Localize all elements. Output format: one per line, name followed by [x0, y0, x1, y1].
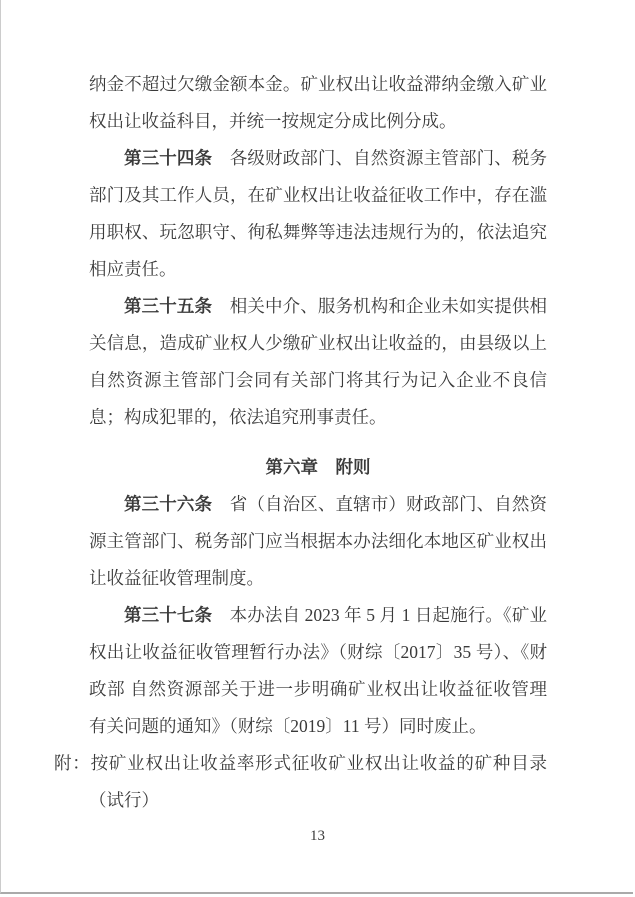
paragraph-article-37: 第三十七条本办法自 2023 年 5 月 1 日起施行。《矿业权出让收益征收管理…: [89, 597, 547, 745]
attachment-label: 附：: [54, 753, 91, 773]
page-number: 13: [1, 826, 634, 846]
article-number-36: 第三十六条: [124, 494, 212, 514]
article-number-37: 第三十七条: [124, 605, 212, 625]
chapter-heading: 第六章 附则: [89, 449, 547, 486]
article-number-34: 第三十四条: [124, 148, 212, 168]
paragraph-text: 纳金不超过欠缴金额本金。矿业权出让收益滞纳金缴入矿业权出让收益科目，并统一按规定…: [89, 74, 547, 131]
paragraph-article-36: 第三十六条省（自治区、直辖市）财政部门、自然资源主管部门、税务部门应当根据本办法…: [89, 486, 547, 597]
paragraph-article-34: 第三十四条各级财政部门、自然资源主管部门、税务部门及其工作人员，在矿业权出让收益…: [89, 140, 547, 288]
paragraph-continuation: 纳金不超过欠缴金额本金。矿业权出让收益滞纳金缴入矿业权出让收益科目，并统一按规定…: [89, 66, 547, 140]
document-page-viewport: { "document": { "body_paragraphs": [ { "…: [0, 0, 635, 897]
attachment-note: 附：按矿业权出让收益率形式征收矿业权出让收益的矿种目录（试行）: [89, 745, 547, 819]
document-body: 纳金不超过欠缴金额本金。矿业权出让收益滞纳金缴入矿业权出让收益科目，并统一按规定…: [89, 66, 547, 819]
paragraph-article-35: 第三十五条相关中介、服务机构和企业未如实提供相关信息，造成矿业权人少缴矿业权出让…: [89, 288, 547, 436]
attachment-text: 按矿业权出让收益率形式征收矿业权出让收益的矿种目录（试行）: [89, 753, 547, 810]
document-page: 纳金不超过欠缴金额本金。矿业权出让收益滞纳金缴入矿业权出让收益科目，并统一按规定…: [0, 0, 633, 894]
article-number-35: 第三十五条: [124, 296, 212, 316]
